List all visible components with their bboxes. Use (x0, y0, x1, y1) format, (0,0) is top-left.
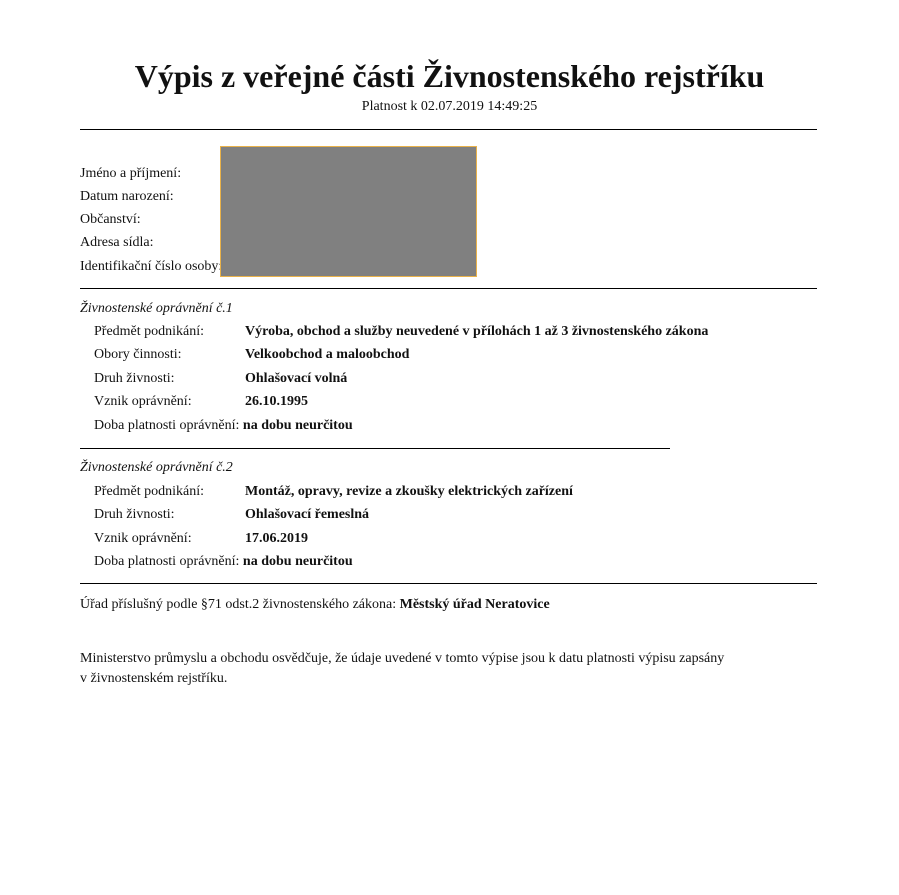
license-row-value: 17.06.2019 (245, 530, 308, 548)
label-citizenship: Občanství: (80, 211, 141, 229)
label-id-number: Identifikační číslo osoby: (80, 258, 222, 276)
license-row-value: Ohlašovací volná (245, 370, 347, 388)
license-heading: Živnostenské oprávnění č.1 (80, 300, 233, 318)
license-row-label: Předmět podnikání: (94, 323, 204, 341)
label-name: Jméno a příjmení: (80, 165, 181, 183)
license-row-value: 26.10.1995 (245, 393, 308, 411)
redaction-box (220, 146, 477, 277)
label-address: Adresa sídla: (80, 234, 153, 252)
authority-value: Městský úřad Neratovice (400, 597, 550, 612)
license-row-label: Obory činnosti: (94, 346, 182, 364)
license-heading: Živnostenské oprávnění č.2 (80, 459, 233, 477)
license-row-value: Ohlašovací řemeslná (245, 506, 369, 524)
validity-timestamp: Platnost k 02.07.2019 14:49:25 (0, 98, 899, 116)
authority-label: Úřad příslušný podle §71 odst.2 živnoste… (80, 597, 396, 612)
divider-bottom (80, 583, 817, 584)
license-row-value: Výroba, obchod a služby neuvedené v příl… (245, 323, 708, 341)
license-row-label: Vznik oprávnění: (94, 530, 192, 548)
license-row-label: Druh živnosti: (94, 370, 175, 388)
license-row-label: Doba platnosti oprávnění: (94, 418, 239, 433)
license-row: Doba platnosti oprávnění: na dobu neurči… (94, 553, 353, 571)
license-row-label: Doba platnosti oprávnění: (94, 554, 239, 569)
license-row-value: Velkoobchod a maloobchod (245, 346, 409, 364)
authority-line: Úřad příslušný podle §71 odst.2 živnoste… (80, 596, 550, 614)
license-row-label: Předmět podnikání: (94, 483, 204, 501)
license-row-value: na dobu neurčitou (243, 554, 353, 569)
divider-license (80, 448, 670, 449)
license-row-label: Druh živnosti: (94, 506, 175, 524)
certification-statement: Ministerstvo průmyslu a obchodu osvědčuj… (80, 649, 820, 689)
license-row: Doba platnosti oprávnění: na dobu neurči… (94, 417, 353, 435)
certification-line-2: v živnostenském rejstříku. (80, 669, 820, 689)
license-row-value: na dobu neurčitou (243, 418, 353, 433)
page-title: Výpis z veřejné části Živnostenského rej… (0, 56, 899, 96)
license-row-label: Vznik oprávnění: (94, 393, 192, 411)
certification-line-1: Ministerstvo průmyslu a obchodu osvědčuj… (80, 649, 820, 669)
divider-top (80, 129, 817, 130)
divider-person (80, 288, 817, 289)
license-row-value: Montáž, opravy, revize a zkoušky elektri… (245, 483, 573, 501)
label-birth-date: Datum narození: (80, 188, 174, 206)
